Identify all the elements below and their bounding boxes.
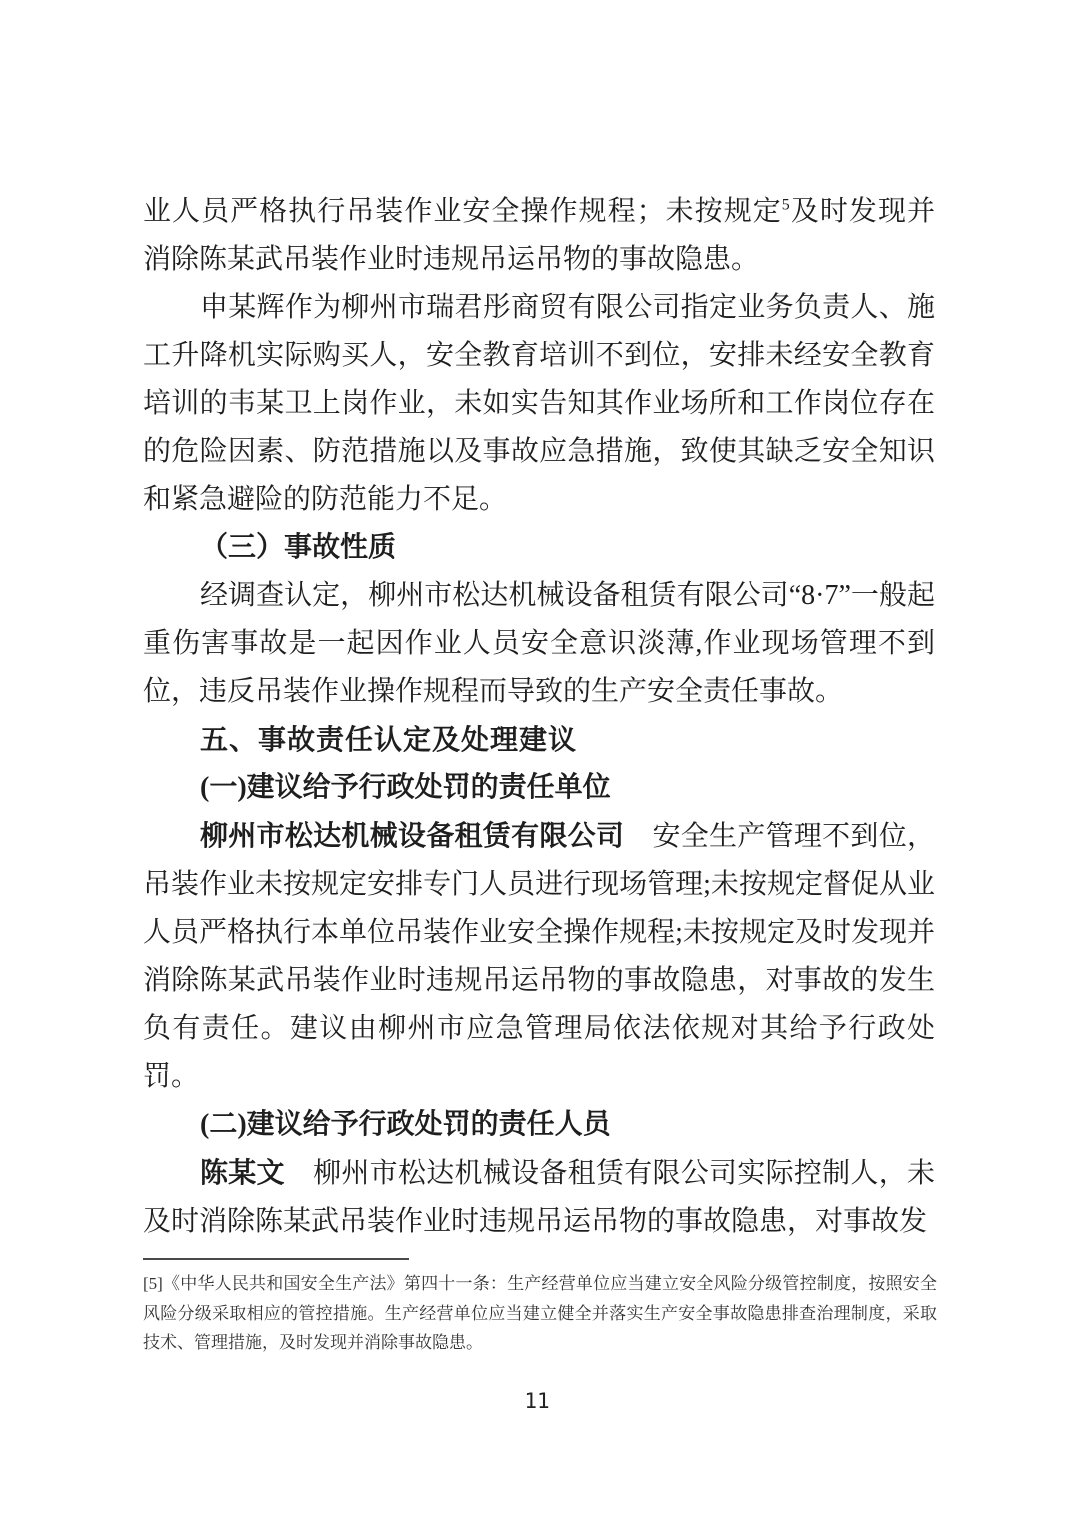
paragraph-responsible-person: 陈某文 柳州市松达机械设备租赁有限公司实际控制人，未及时消除陈某武吊装作业时违规… — [143, 1149, 935, 1246]
document-body: 业人员严格执行吊装作业安全操作规程；未按规定5及时发现并消除陈某武吊装作业时违规… — [143, 188, 935, 1246]
paragraph-continuation: 业人员严格执行吊装作业安全操作规程；未按规定5及时发现并消除陈某武吊装作业时违规… — [143, 188, 935, 284]
paragraph-shen-mou-hui: 申某辉作为柳州市瑞君彤商贸有限公司指定业务负责人、施工升降机实际购买人，安全教育… — [143, 284, 935, 524]
page-number: 11 — [0, 1389, 1074, 1413]
footnote-body: 《中华人民共和国安全生产法》第四十一条：生产经营单位应当建立安全风险分级管控制度… — [143, 1274, 937, 1352]
footnote-ref-5: 5 — [782, 197, 790, 214]
paragraph-investigation-finding: 经调查认定，柳州市松达机械设备租赁有限公司“8·7”一般起重伤害事故是一起因作业… — [143, 572, 935, 716]
footnote-separator — [143, 1258, 409, 1260]
footnote-area: [5]《中华人民共和国安全生产法》第四十一条：生产经营单位应当建立安全风险分级管… — [143, 1252, 937, 1358]
heading-subsection-one: (一)建议给予行政处罚的责任单位 — [143, 764, 935, 812]
paragraph-responsible-unit: 柳州市松达机械设备租赁有限公司 安全生产管理不到位，吊装作业未按规定安排专门人员… — [143, 812, 935, 1101]
heading-subsection-two: (二)建议给予行政处罚的责任人员 — [143, 1101, 935, 1149]
person-name-bold: 陈某文 — [200, 1157, 285, 1188]
footnote-marker: [5] — [143, 1274, 163, 1293]
heading-section-five: 五、事故责任认定及处理建议 — [143, 716, 935, 764]
document-page: 业人员严格执行吊装作业安全操作规程；未按规定5及时发现并消除陈某武吊装作业时违规… — [0, 0, 1074, 1520]
company-name-bold: 柳州市松达机械设备租赁有限公司 — [200, 820, 624, 851]
paragraph-text: 业人员严格执行吊装作业安全操作规程；未按规定 — [143, 196, 782, 227]
footnote-text: [5]《中华人民共和国安全生产法》第四十一条：生产经营单位应当建立安全风险分级管… — [143, 1269, 937, 1358]
paragraph-text: 安全生产管理不到位，吊装作业未按规定安排专门人员进行现场管理;未按规定督促从业人… — [143, 821, 935, 1092]
heading-accident-nature: （三）事故性质 — [143, 524, 935, 572]
